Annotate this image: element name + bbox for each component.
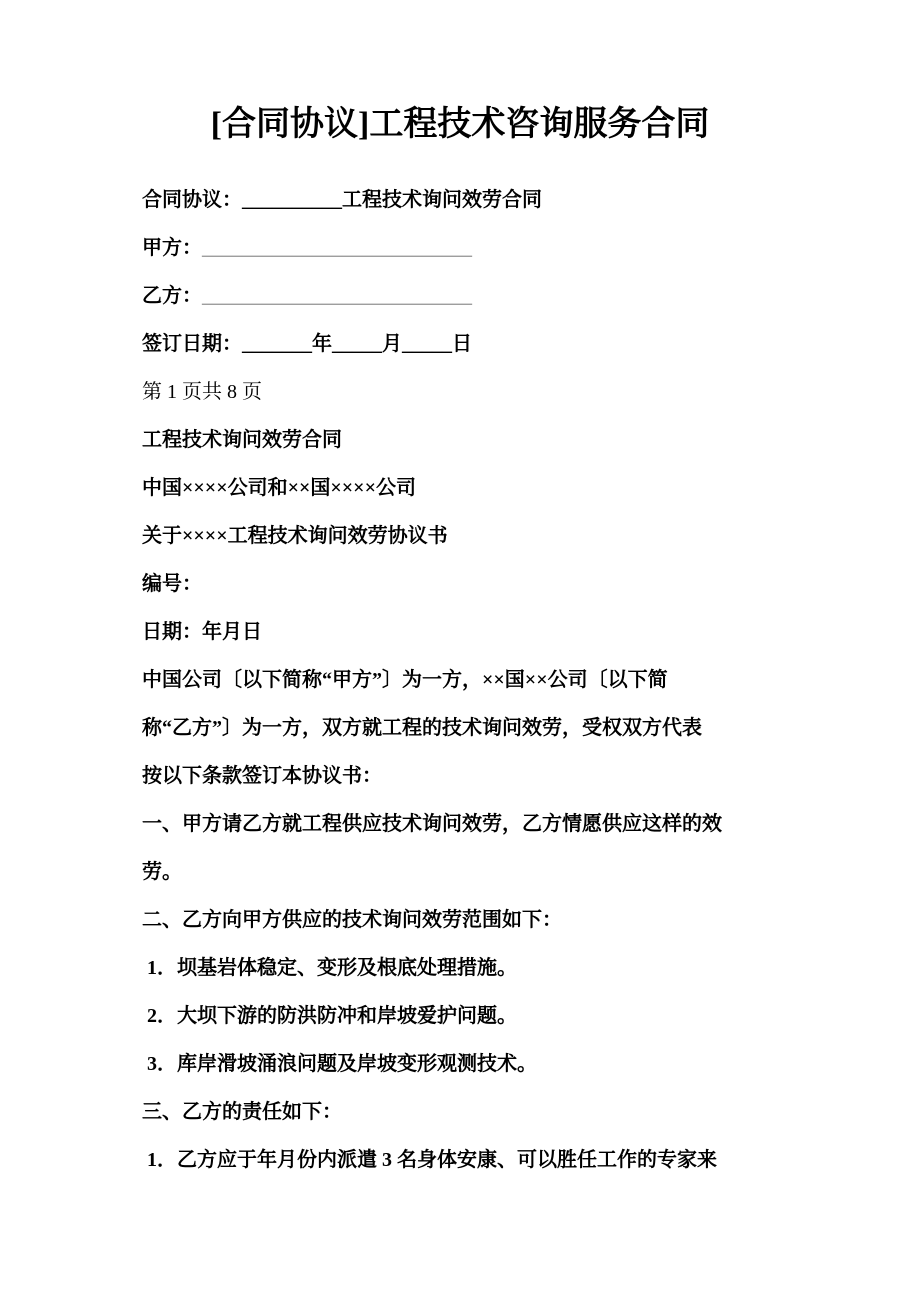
document-body: 合同协议：__________工程技术询问效劳合同甲方：____________…: [0, 176, 920, 1184]
document-line: 1．乙方应于年月份内派遣 3 名身体安康、可以胜任工作的专家来: [142, 1136, 820, 1184]
text-segment: 乙方：: [142, 285, 202, 307]
text-segment: 甲方：: [142, 237, 202, 259]
text-segment: 关于××××工程技术询问效劳协议书: [142, 525, 448, 547]
text-segment: 第 1 页共 8 页: [142, 381, 262, 403]
text-segment: 合同协议：__________工程技术询问效劳合同: [142, 189, 542, 211]
blank-underscore-field: ___________________________: [202, 237, 472, 259]
document-line: 三、乙方的责任如下：: [142, 1088, 820, 1136]
document-line: 工程技术询问效劳合同: [142, 416, 820, 464]
text-segment: 劳。: [142, 861, 182, 883]
text-segment: 1．坝基岩体稳定、变形及根底处理措施。: [147, 957, 517, 979]
text-segment: 1．乙方应于年月份内派遣 3 名身体安康、可以胜任工作的专家来: [147, 1149, 717, 1171]
document-line: 一、甲方请乙方就工程供应技术询问效劳，乙方情愿供应这样的效: [142, 800, 820, 848]
document-line: 合同协议：__________工程技术询问效劳合同: [142, 176, 820, 224]
document-line: 称“乙方”〕为一方，双方就工程的技术询问效劳，受权双方代表: [142, 704, 820, 752]
document-line: 劳。: [142, 848, 820, 896]
blank-underscore-field: ___________________________: [202, 285, 472, 307]
document-line: 3．库岸滑坡涌浪问题及岸坡变形观测技术。: [142, 1040, 820, 1088]
document-page: [合同协议]工程技术咨询服务合同 合同协议：__________工程技术询问效劳…: [0, 0, 920, 1302]
document-line: 按以下条款签订本协议书：: [142, 752, 820, 800]
document-line: 乙方：___________________________: [142, 272, 820, 320]
document-line: 签订日期：_______年_____月_____日: [142, 320, 820, 368]
document-line: 1．坝基岩体稳定、变形及根底处理措施。: [142, 944, 820, 992]
document-line: 第 1 页共 8 页: [142, 368, 820, 416]
document-line: 甲方：___________________________: [142, 224, 820, 272]
text-segment: 中国××××公司和××国××××公司: [142, 477, 416, 499]
text-segment: 三、乙方的责任如下：: [142, 1101, 342, 1123]
text-segment: 日期：年月日: [142, 621, 262, 643]
text-segment: 2．大坝下游的防洪防冲和岸坡爱护问题。: [147, 1005, 517, 1027]
text-segment: 一、甲方请乙方就工程供应技术询问效劳，乙方情愿供应这样的效: [142, 813, 722, 835]
document-title: [合同协议]工程技术咨询服务合同: [0, 0, 920, 150]
text-segment: 编号：: [142, 573, 202, 595]
document-line: 编号：: [142, 560, 820, 608]
document-line: 关于××××工程技术询问效劳协议书: [142, 512, 820, 560]
document-line: 中国××××公司和××国××××公司: [142, 464, 820, 512]
document-line: 2．大坝下游的防洪防冲和岸坡爱护问题。: [142, 992, 820, 1040]
document-line: 中国公司〔以下简称“甲方”〕为一方，××国××公司〔以下简: [142, 656, 820, 704]
text-segment: 签订日期：_______年_____月_____日: [142, 333, 472, 355]
document-line: 日期：年月日: [142, 608, 820, 656]
text-segment: 称“乙方”〕为一方，双方就工程的技术询问效劳，受权双方代表: [142, 717, 702, 739]
text-segment: 中国公司〔以下简称“甲方”〕为一方，××国××公司〔以下简: [142, 669, 668, 691]
text-segment: 3．库岸滑坡涌浪问题及岸坡变形观测技术。: [147, 1053, 537, 1075]
text-segment: 按以下条款签订本协议书：: [142, 765, 382, 787]
document-line: 二、乙方向甲方供应的技术询问效劳范围如下：: [142, 896, 820, 944]
text-segment: 二、乙方向甲方供应的技术询问效劳范围如下：: [142, 909, 562, 931]
text-segment: 工程技术询问效劳合同: [142, 429, 342, 451]
